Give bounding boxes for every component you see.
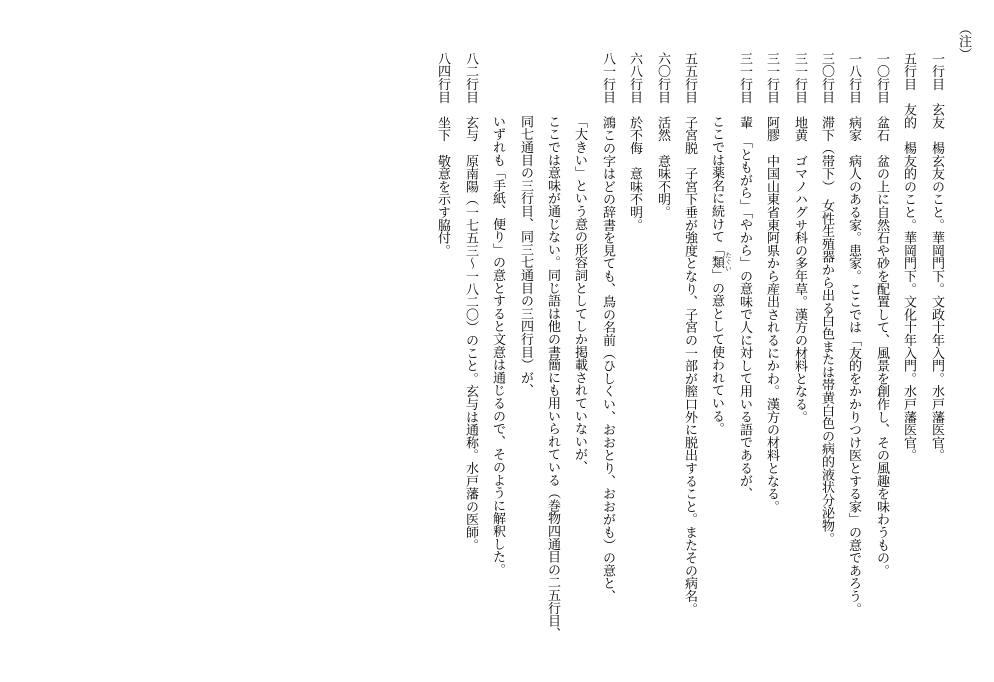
note-column-ko-continuation-3: 同七通目の三行目、同三七通目の三四行目）が、 xyxy=(519,115,534,397)
note-column-line31-jio: 三一行目 地黄 ゴマノハグサ科の多年草。漢方の材料となる。 xyxy=(793,52,808,423)
note-column-line10-bonseki: 一〇行目 盆石 盆の上に自然石や砂を配置して、風景を創作し、その風趣を味わうもの… xyxy=(875,52,890,577)
note-column-line81-ko: 八一行目 鴻この字はどの辞書を見ても、鳥の名前（ひしくい、おおとり、おおがも）の… xyxy=(601,52,616,602)
note-column-ko-continuation-1: 「大きい」という意の形容詞としてしか掲載されていないが、 xyxy=(573,115,588,473)
note-column-line1-genyu: 一行目 玄友 楊玄友のこと。華岡門下。文政十年入門。水戸藩医官。 xyxy=(930,52,945,462)
note-column-line31-akyo: 三一行目 阿膠 中国山東省東阿県から産出されるにかわ。漢方の材料となる。 xyxy=(765,52,780,513)
note-column-line82-genyo: 八二行目 玄与 原南陽（一七五三～一八二〇）のこと。玄与は通称。水戸藩の医師。 xyxy=(464,52,479,551)
furigana-tagui: たぐい xyxy=(724,252,731,272)
note-column-ko-continuation-2: ここでは意味が通じない。同じ語は他の書簡にも用いられている（巻物四通目の二五行目… xyxy=(546,115,561,640)
note-column-line5-yuteki: 五行目 友的 楊友的のこと。華岡門下。文化十年入門。水戸藩医官。 xyxy=(902,52,917,462)
note-header: （注） xyxy=(957,22,972,60)
note-column-line60-katsuzen: 六〇行目 活然 意味不明。 xyxy=(656,52,671,218)
note-column-line55-shikyudatsu: 五五行目 子宮脱 子宮下垂が強度となり、子宮の一部が膣口外に脱出すること。またそ… xyxy=(683,52,698,615)
note-column-line68-ofubu: 六八行目 於不侮 意味不明。 xyxy=(628,52,643,231)
note-column-line31-yakara: 三一行目 輩 「ともがら」「やから」の意味で人に対して用いる語であるが、 xyxy=(738,52,753,500)
note-column-line30-taige: 三〇行目 滞下（帯下） 女性生殖器から出る白色または帯黄白色の病的液状分泌物。 xyxy=(820,52,835,545)
note-column-line18-byoka: 一八行目 病家 病人のある家。患家。ここでは「友的をかかりつけ医とする家」の意で… xyxy=(847,52,862,615)
note-column-line84-zaka: 八四行目 坐下 敬意を示す脇付。 xyxy=(436,52,451,257)
document-page: （注） 一行目 玄友 楊玄友のこと。華岡門下。文政十年入門。水戸藩医官。 五行目… xyxy=(0,0,994,682)
note-column-ko-continuation-4: いずれも「手紙、便り」の意とすると文意は通じるので、そのように解釈した。 xyxy=(491,115,506,576)
note-column-yakara-continuation: ここでは薬名に続けて「類」の意として使われている。 xyxy=(710,115,725,435)
